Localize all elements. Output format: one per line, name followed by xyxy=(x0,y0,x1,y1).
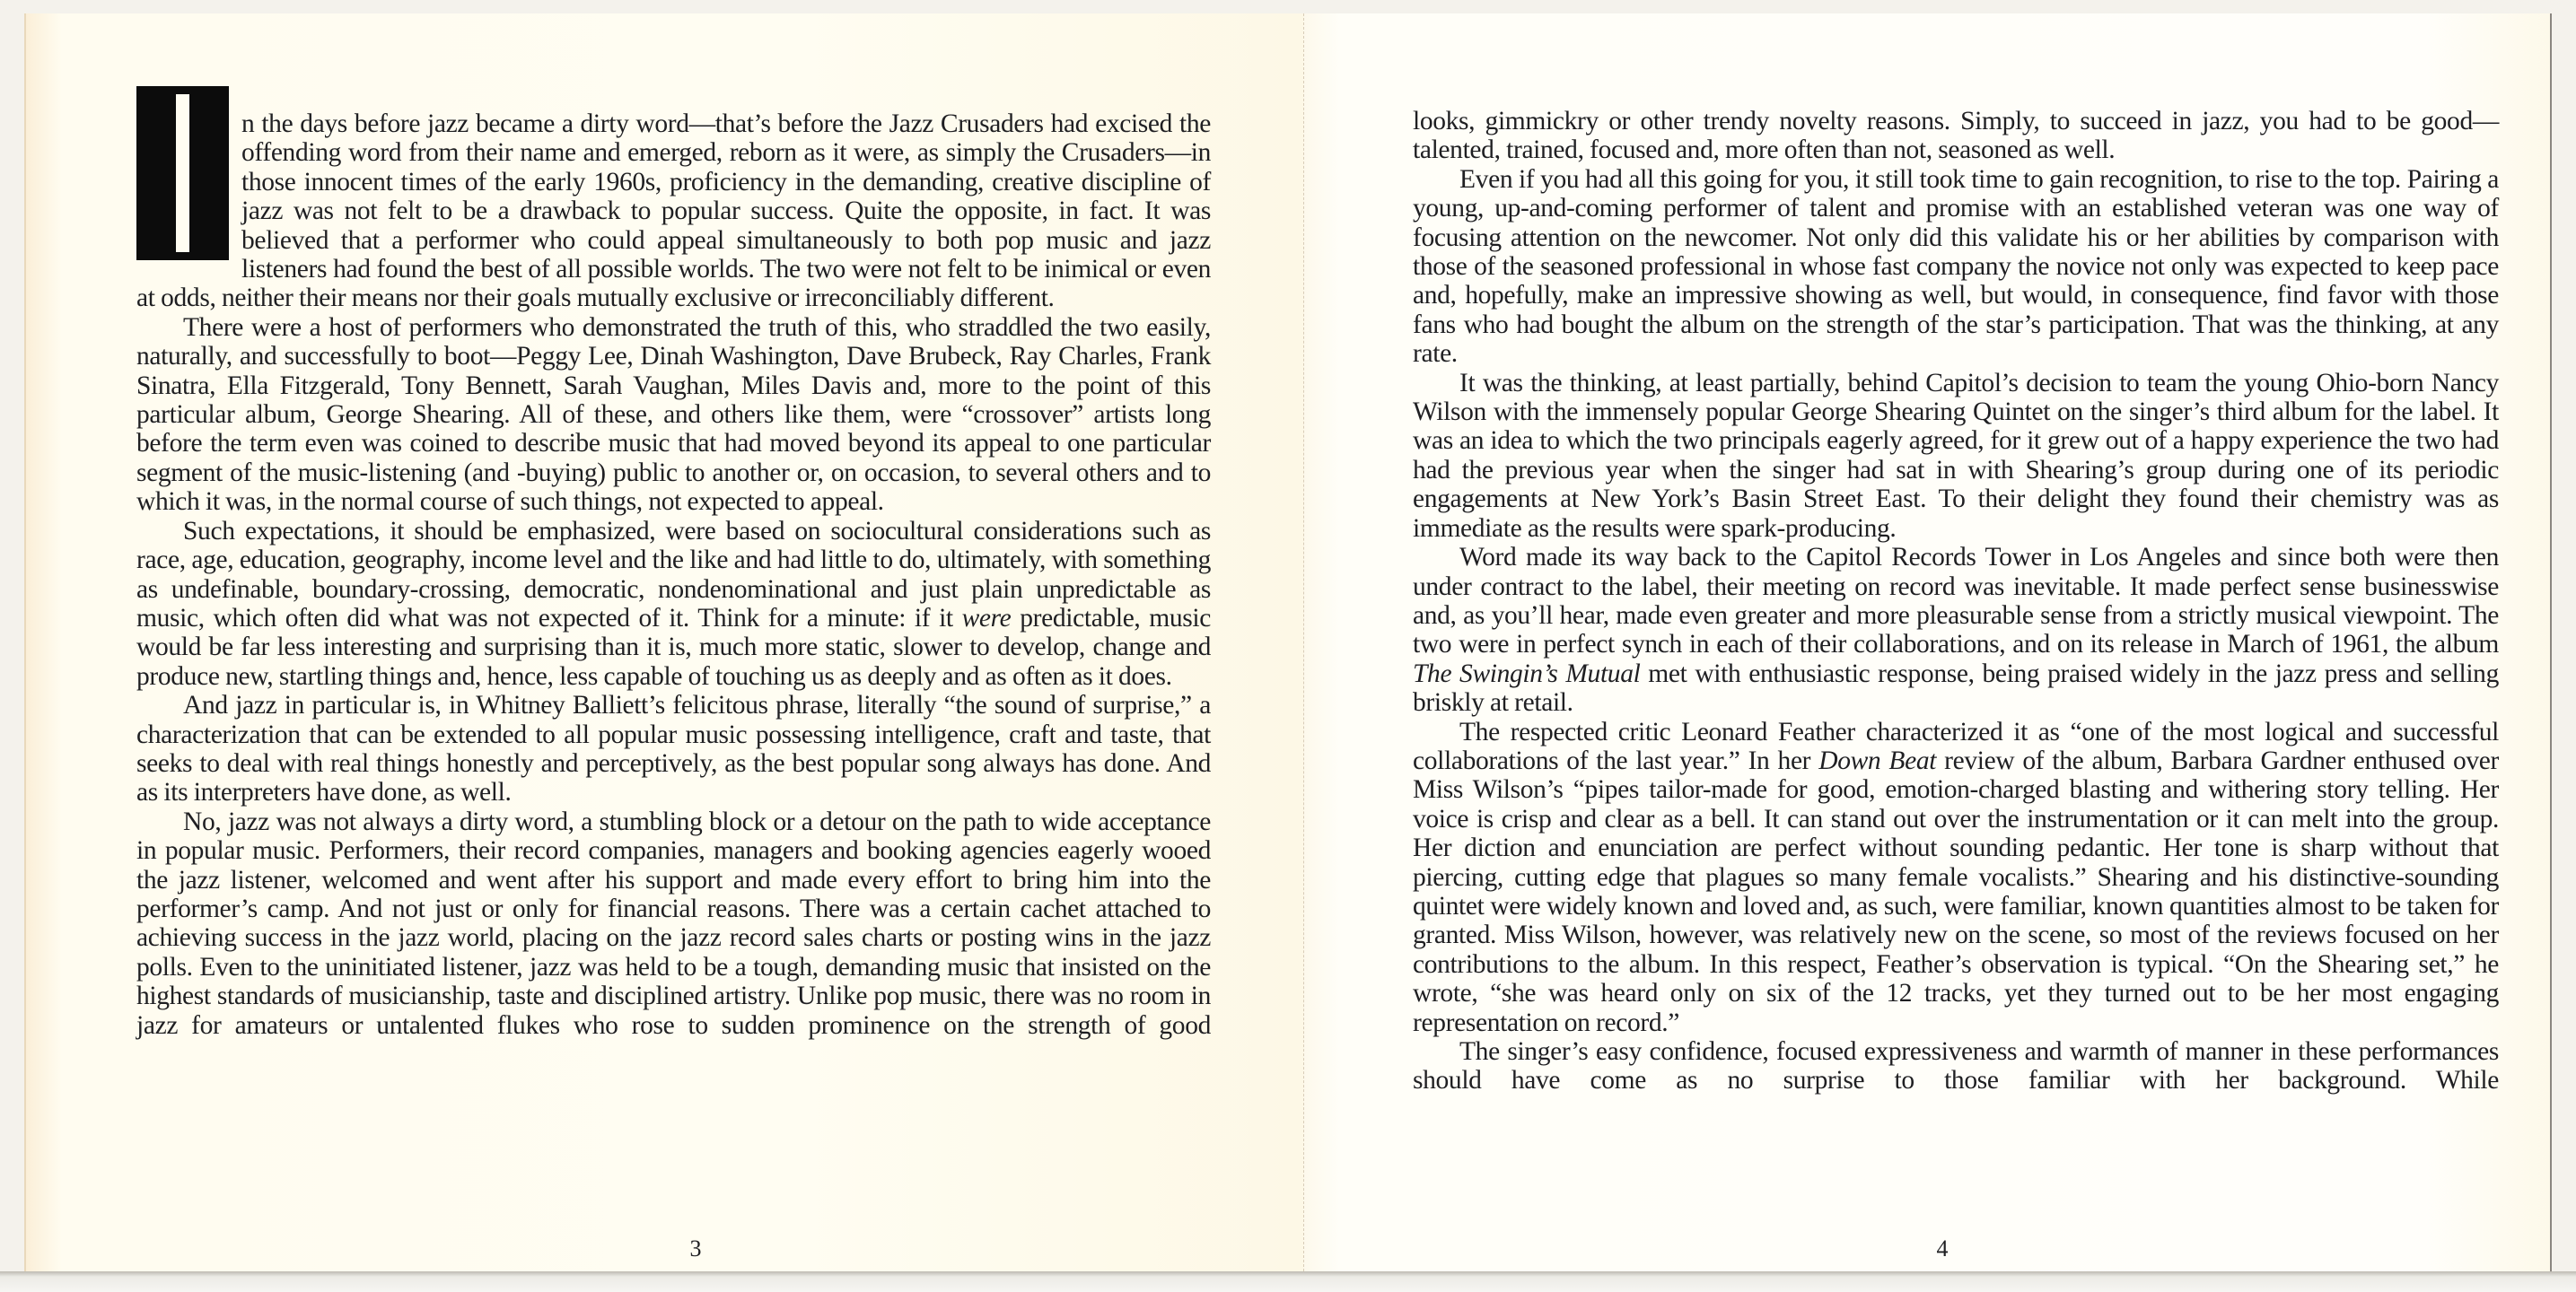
paragraph: And jazz in particular is, in Whitney Ba… xyxy=(136,691,1211,807)
album-title: The Swingin’s Mutual xyxy=(1413,659,1640,688)
scan-bottom-edge xyxy=(0,1271,2576,1292)
paragraph-continuation: looks, gimmickry or other trendy novelty… xyxy=(1413,107,2499,165)
paragraph: There were a host of performers who demo… xyxy=(136,313,1211,517)
drop-cap-bar-icon xyxy=(176,94,189,252)
right-page: looks, gimmickry or other trendy novelty… xyxy=(1303,13,2552,1271)
page-number: 4 xyxy=(1915,1235,1969,1262)
paragraph: Even if you had all this going for you, … xyxy=(1413,165,2499,369)
right-page-text: looks, gimmickry or other trendy novelty… xyxy=(1413,107,2499,1096)
paragraph: Word made its way back to the Capitol Re… xyxy=(1413,543,2499,717)
paragraph: It was the thinking, at least partially,… xyxy=(1413,369,2499,543)
left-page-text: n the days before jazz became a dirty wo… xyxy=(136,109,1211,1040)
drop-cap-i xyxy=(136,86,229,260)
paragraph: n the days before jazz became a dirty wo… xyxy=(136,109,1211,313)
paragraph: Such expectations, it should be emphasiz… xyxy=(136,517,1211,691)
paragraph: The respected critic Leonard Feather cha… xyxy=(1413,718,2499,1037)
page-number: 3 xyxy=(669,1235,723,1262)
left-page: n the days before jazz became a dirty wo… xyxy=(24,13,1305,1271)
paragraph: No, jazz was not always a dirty word, a … xyxy=(136,807,1211,1040)
magazine-title: Down Beat xyxy=(1818,746,1936,775)
emphasis: were xyxy=(962,604,1012,633)
paragraph: The singer’s easy confidence, focused ex… xyxy=(1413,1037,2499,1096)
